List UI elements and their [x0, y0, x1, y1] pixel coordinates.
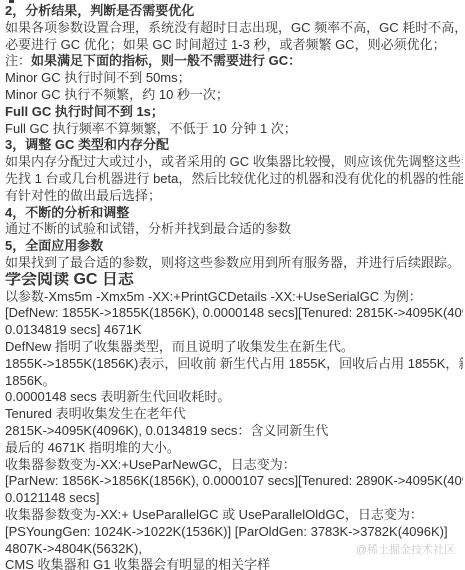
- text-segment: 0.0000148 secs 表明新生代回收耗时。: [5, 389, 230, 404]
- text-segment-bold: 2，分析结果，判断是否需要优化: [5, 3, 194, 18]
- text-line: 最后的 4671K 指明堆的大小。: [5, 440, 463, 457]
- text-line: 5，全面应用参数: [5, 238, 463, 255]
- text-line: 收集器参数变为-XX:+UseParNewGC，日志变为：: [5, 457, 463, 474]
- text-segment: CMS 收集器和 G1 收集器会有明显的相关字样: [5, 557, 270, 570]
- text-line: 注：如果满足下面的指标，则一般不需要进行 GC：: [5, 53, 463, 70]
- text-segment: DefNew 指明了收集器类型，而且说明了收集发生在新生代。: [5, 339, 354, 354]
- text-line: 4，不断的分析和调整: [5, 205, 463, 222]
- text-segment: 通过不断的试验和试错，分析并找到最合适的参数: [5, 221, 291, 236]
- text-segment: [ParNew: 1856K->1856K(1856K), 0.0000107 …: [5, 473, 463, 488]
- text-line: 2，分析结果，判断是否需要优化: [5, 3, 463, 20]
- text-segment-bold: Full GC 执行时间不到 1s；: [5, 104, 164, 119]
- text-segment: 如果内存分配过大或过小，或者采用的 GC 收集器比较慢，则应该优先调整这些参数，…: [5, 154, 463, 169]
- text-line: 收集器参数变为-XX:+ UseParallelGC 或 UseParallel…: [5, 507, 463, 524]
- text-segment: 先找 1 台或几台机器进行 beta，然后比较优化过的机器和没有优化的机器的性能…: [5, 171, 463, 186]
- text-line: [PSYoungGen: 1024K->1022K(1536K)] [ParOl…: [5, 524, 463, 541]
- text-line: 必要进行 GC 优化；如果 GC 时间超过 1-3 秒，或者频繁 GC，则必须优…: [5, 37, 463, 54]
- text-line: 0.0134819 secs] 4671K: [5, 322, 463, 339]
- text-line: Minor GC 执行时间不到 50ms；: [5, 70, 463, 87]
- text-segment: 以参数-Xms5m -Xmx5m -XX:+PrintGCDetails -XX…: [5, 289, 422, 304]
- text-line: 如果各项参数设置合理，系统没有超时日志出现，GC 频率不高，GC 耗时不高，那么…: [5, 20, 463, 37]
- text-line: 通过不断的试验和试错，分析并找到最合适的参数: [5, 221, 463, 238]
- text-segment: Minor GC 执行时间不到 50ms；: [5, 70, 191, 85]
- text-line: 如果找到了最合适的参数，则将这些参数应用到所有服务器，并进行后续跟踪。: [5, 255, 463, 272]
- text-segment: 最后的 4671K 指明堆的大小。: [5, 440, 180, 455]
- article-body: 2，分析结果，判断是否需要优化如果各项参数设置合理，系统没有超时日志出现，GC …: [5, 3, 463, 570]
- text-line: 有针对性的做出最后选择；: [5, 188, 463, 205]
- text-line: DefNew 指明了收集器类型，而且说明了收集发生在新生代。: [5, 339, 463, 356]
- text-segment: [DefNew: 1855K->1855K(1856K), 0.0000148 …: [5, 305, 463, 320]
- text-line: [ParNew: 1856K->1856K(1856K), 0.0000107 …: [5, 473, 463, 490]
- text-segment-bold: 学会阅读 GC 日志: [5, 272, 134, 288]
- text-line: 以参数-Xms5m -Xmx5m -XX:+PrintGCDetails -XX…: [5, 289, 463, 306]
- text-line: 1856K。: [5, 373, 463, 390]
- text-segment: 2815K->4095K(4096K), 0.0134819 secs：含义同新…: [5, 423, 328, 438]
- text-line: 3，调整 GC 类型和内存分配: [5, 137, 463, 154]
- text-segment: 有针对性的做出最后选择；: [5, 188, 161, 203]
- text-segment-bold: 3，调整 GC 类型和内存分配: [5, 137, 169, 152]
- text-segment: 0.0121148 secs]: [5, 490, 99, 505]
- text-segment: 1855K->1855K(1856K)表示，回收前 新生代占用 1855K，回收…: [5, 356, 463, 371]
- text-segment: 必要进行 GC 优化；如果 GC 时间超过 1-3 秒，或者频繁 GC，则必须优…: [5, 37, 446, 52]
- text-segment: 0.0134819 secs] 4671K: [5, 322, 142, 337]
- article-page: 2，分析结果，判断是否需要优化如果各项参数设置合理，系统没有超时日志出现，GC …: [0, 0, 465, 570]
- text-segment-bold: 4，不断的分析和调整: [5, 205, 129, 220]
- text-segment-bold: 如果满足下面的指标，则一般不需要进行 GC：: [31, 53, 301, 68]
- text-segment-bold: 5，全面应用参数: [5, 238, 103, 253]
- text-line: Tenured 表明收集发生在老年代: [5, 406, 463, 423]
- text-segment: 收集器参数变为-XX:+ UseParallelGC 或 UseParallel…: [5, 507, 423, 522]
- text-segment: 如果找到了最合适的参数，则将这些参数应用到所有服务器，并进行后续跟踪。: [5, 255, 460, 270]
- text-segment: 如果各项参数设置合理，系统没有超时日志出现，GC 频率不高，GC 耗时不高，那么…: [5, 20, 463, 35]
- text-segment: Minor GC 执行不频繁，约 10 秒一次；: [5, 87, 229, 102]
- text-segment: 4807K->4804K(5632K),: [5, 541, 142, 556]
- text-segment: 注：: [5, 53, 31, 68]
- text-line: 如果内存分配过大或过小，或者采用的 GC 收集器比较慢，则应该优先调整这些参数，…: [5, 154, 463, 171]
- text-line: 学会阅读 GC 日志: [5, 272, 463, 289]
- text-line: Full GC 执行频率不算频繁，不低于 10 分钟 1 次；: [5, 121, 463, 138]
- text-segment: 1856K。: [5, 373, 56, 388]
- text-line: 2815K->4095K(4096K), 0.0134819 secs：含义同新…: [5, 423, 463, 440]
- text-line: [DefNew: 1855K->1855K(1856K), 0.0000148 …: [5, 305, 463, 322]
- text-line: CMS 收集器和 G1 收集器会有明显的相关字样: [5, 557, 463, 570]
- text-segment: Full GC 执行频率不算频繁，不低于 10 分钟 1 次；: [5, 121, 297, 136]
- text-line: Minor GC 执行不频繁，约 10 秒一次；: [5, 87, 463, 104]
- text-segment: [PSYoungGen: 1024K->1022K(1536K)] [ParOl…: [5, 524, 448, 539]
- text-segment: Tenured 表明收集发生在老年代: [5, 406, 186, 421]
- text-line: 1855K->1855K(1856K)表示，回收前 新生代占用 1855K，回收…: [5, 356, 463, 373]
- text-line: Full GC 执行时间不到 1s；: [5, 104, 463, 121]
- text-line: 先找 1 台或几台机器进行 beta，然后比较优化过的机器和没有优化的机器的性能…: [5, 171, 463, 188]
- text-line: 0.0121148 secs]: [5, 490, 463, 507]
- watermark: @稀土掘金技术社区: [356, 544, 455, 556]
- text-line: 0.0000148 secs 表明新生代回收耗时。: [5, 389, 463, 406]
- text-segment: 收集器参数变为-XX:+UseParNewGC，日志变为：: [5, 457, 296, 472]
